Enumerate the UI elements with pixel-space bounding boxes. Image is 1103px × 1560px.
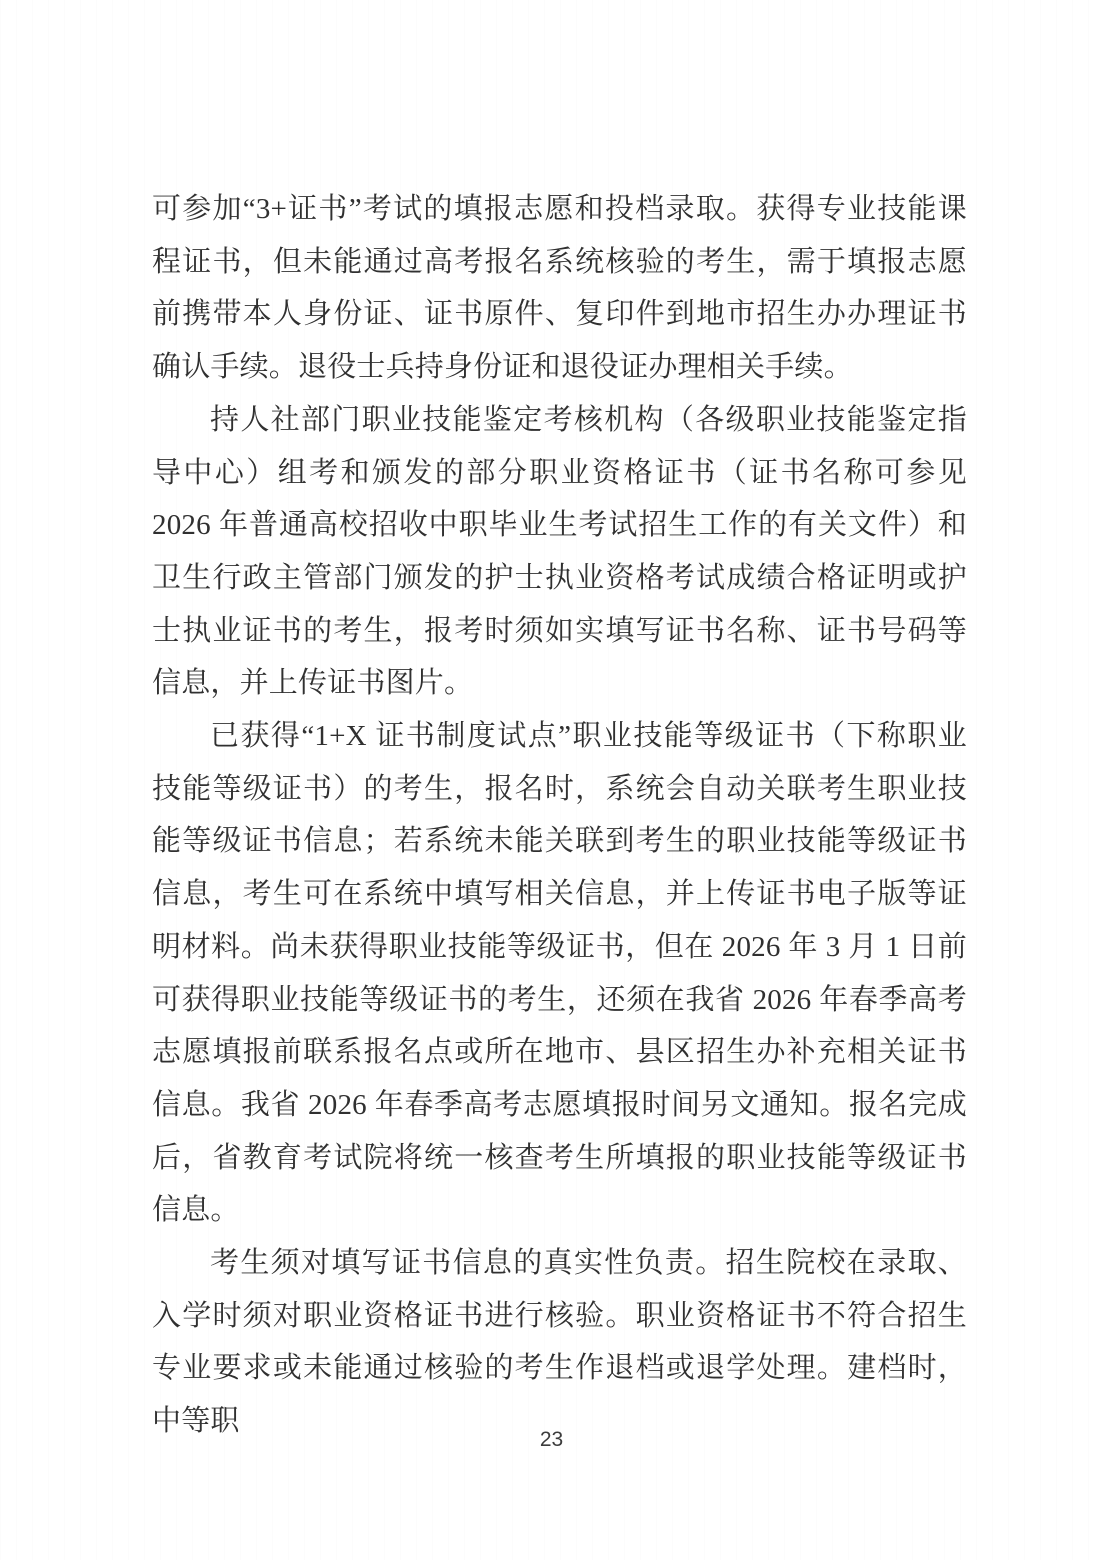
paragraph: 可参加“3+证书”考试的填报志愿和投档录取。获得专业技能课程证书，但未能通过高考… [152,183,967,394]
paragraph: 持人社部门职业技能鉴定考核机构（各级职业技能鉴定指导中心）组考和颁发的部分职业资… [152,394,967,710]
paragraph: 已获得“1+X 证书制度试点”职业技能等级证书（下称职业技能等级证书）的考生，报… [152,710,967,1237]
document-body: 可参加“3+证书”考试的填报志愿和投档录取。获得专业技能课程证书，但未能通过高考… [152,183,967,1448]
page-number: 23 [540,1428,563,1451]
paragraph: 考生须对填写证书信息的真实性负责。招生院校在录取、入学时须对职业资格证书进行核验… [152,1237,967,1448]
document-page: 可参加“3+证书”考试的填报志愿和投档录取。获得专业技能课程证书，但未能通过高考… [0,0,1103,1560]
page-footer: 23 [0,1428,1103,1452]
